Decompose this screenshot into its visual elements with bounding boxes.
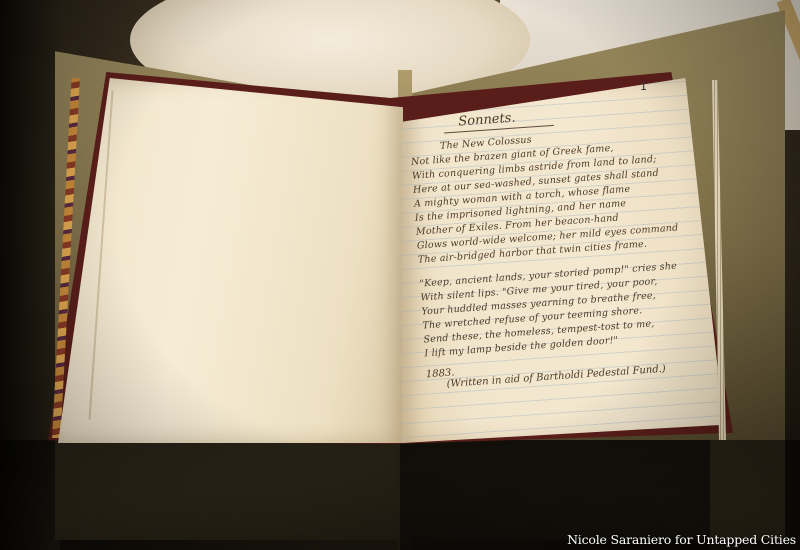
photo-scene: 1 Sonnets. The New Colossus Not like the… bbox=[0, 0, 800, 550]
page-number: 1 bbox=[640, 80, 647, 93]
photo-credit: Nicole Saraniero for Untapped Cities bbox=[567, 532, 796, 547]
handwritten-poem: Sonnets. The New Colossus Not like the b… bbox=[408, 97, 726, 391]
